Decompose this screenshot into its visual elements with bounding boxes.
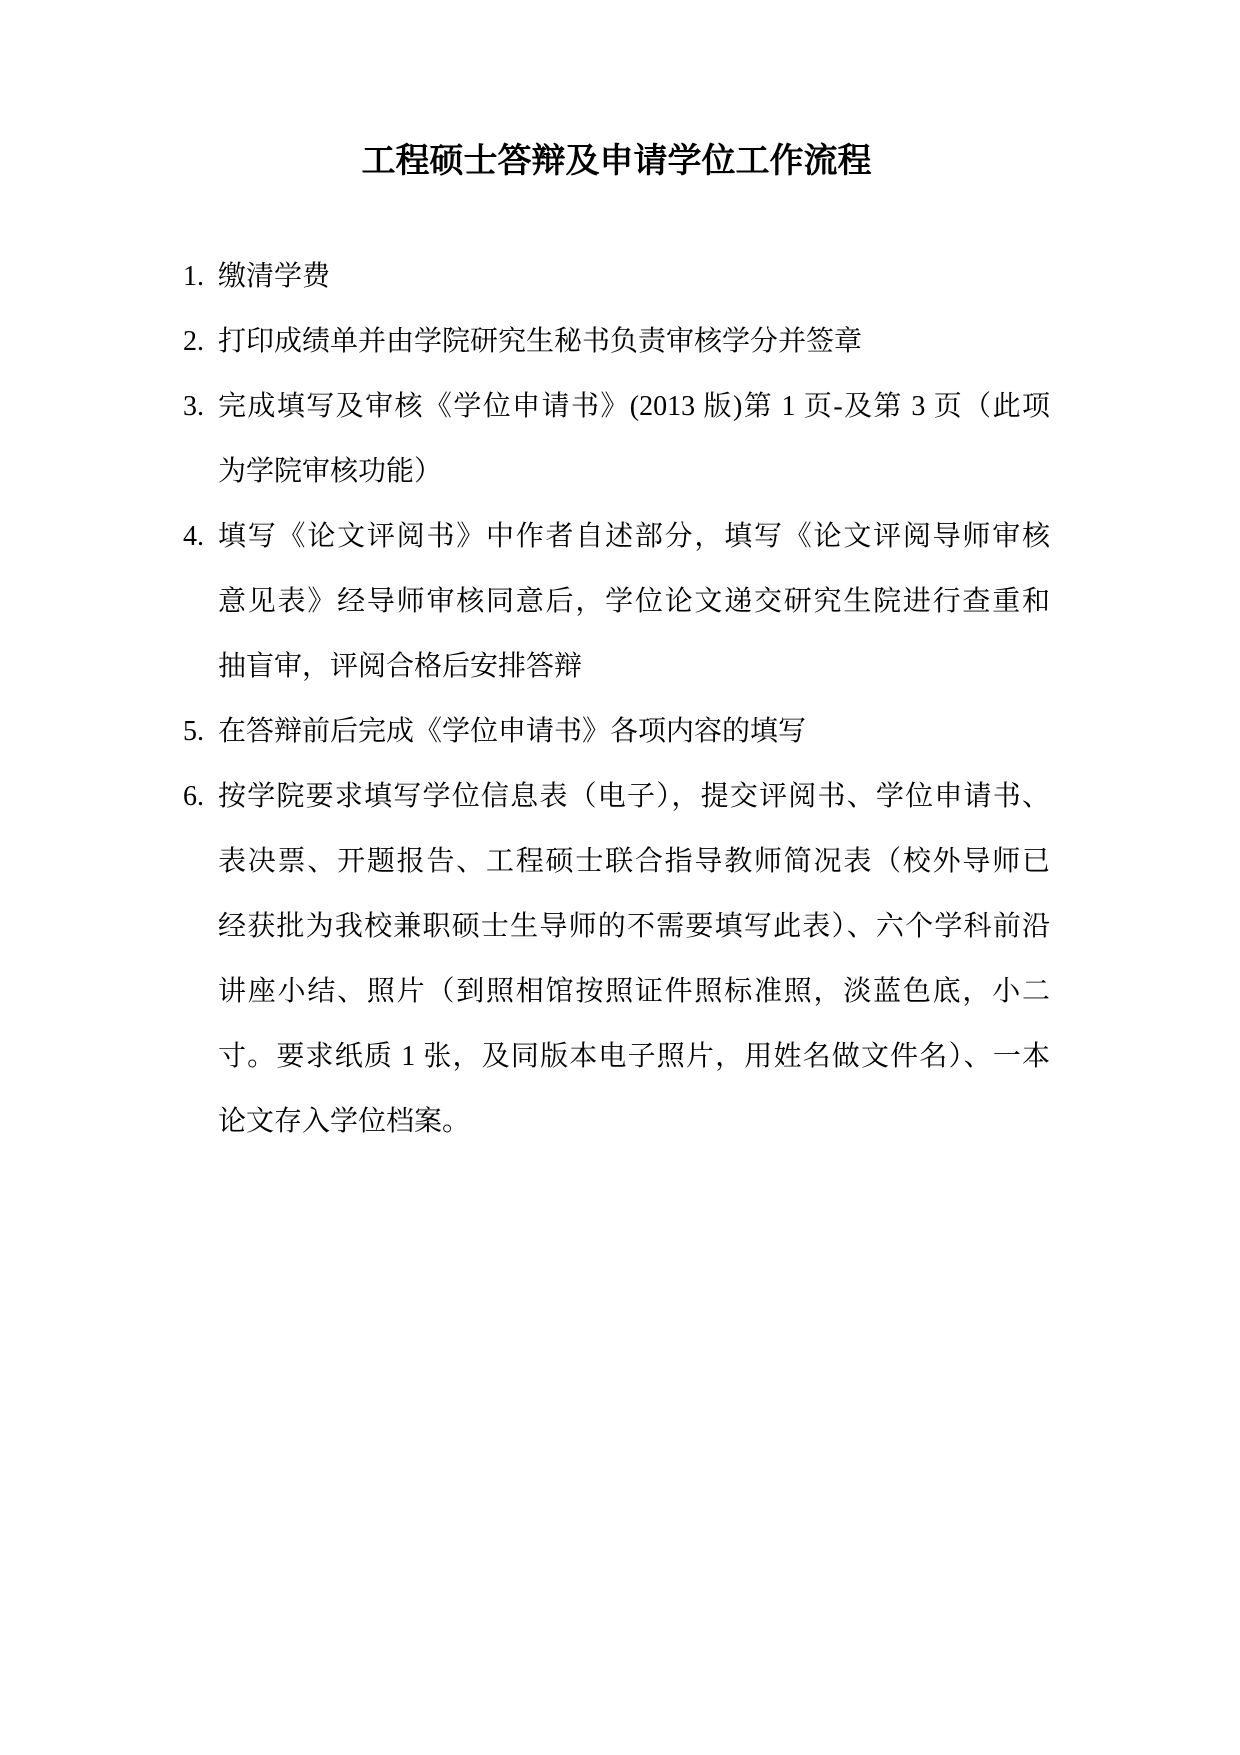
step-text-line: 意见表》经导师审核同意后，学位论文递交研究生院进行查重和 — [218, 569, 1050, 634]
step-text-line: 缴清学费 — [218, 244, 1050, 309]
step-text-line: 论文存入学位档案。 — [218, 1089, 1050, 1154]
step-text-line: 按学院要求填写学位信息表（电子），提交评阅书、学位申请书、 — [218, 764, 1050, 829]
step-text: 在答辩前后完成《学位申请书》各项内容的填写 — [218, 699, 1050, 764]
step-number: 2. — [183, 309, 218, 374]
step-item-5: 5. 在答辩前后完成《学位申请书》各项内容的填写 — [183, 699, 1050, 764]
step-text-line: 打印成绩单并由学院研究生秘书负责审核学分并签章 — [218, 309, 1050, 374]
document-page: 工程硕士答辩及申请学位工作流程 1. 缴清学费 2. 打印成绩单并由学院研究生秘… — [0, 0, 1240, 1755]
step-text-line: 经获批为我校兼职硕士生导师的不需要填写此表）、六个学科前沿 — [218, 894, 1050, 959]
step-number: 6. — [183, 764, 218, 1154]
step-text-line: 表决票、开题报告、工程硕士联合指导教师简况表（校外导师已 — [218, 829, 1050, 894]
step-text: 填写《论文评阅书》中作者自述部分，填写《论文评阅导师审核 意见表》经导师审核同意… — [218, 504, 1050, 699]
step-text-line: 填写《论文评阅书》中作者自述部分，填写《论文评阅导师审核 — [218, 504, 1050, 569]
step-number: 4. — [183, 504, 218, 699]
step-text: 缴清学费 — [218, 244, 1050, 309]
step-number: 3. — [183, 374, 218, 504]
step-text-line: 讲座小结、照片（到照相馆按照证件照标准照，淡蓝色底，小二 — [218, 959, 1050, 1024]
step-item-1: 1. 缴清学费 — [183, 244, 1050, 309]
step-text-line: 为学院审核功能） — [218, 439, 1050, 504]
step-item-4: 4. 填写《论文评阅书》中作者自述部分，填写《论文评阅导师审核 意见表》经导师审… — [183, 504, 1050, 699]
step-number: 5. — [183, 699, 218, 764]
step-text: 打印成绩单并由学院研究生秘书负责审核学分并签章 — [218, 309, 1050, 374]
step-text: 按学院要求填写学位信息表（电子），提交评阅书、学位申请书、 表决票、开题报告、工… — [218, 764, 1050, 1154]
step-item-3: 3. 完成填写及审核《学位申请书》(2013 版)第 1 页-及第 3 页（此项… — [183, 374, 1050, 504]
step-text-line: 在答辩前后完成《学位申请书》各项内容的填写 — [218, 699, 1050, 764]
step-text-line: 寸。要求纸质 1 张，及同版本电子照片，用姓名做文件名）、一本 — [218, 1024, 1050, 1089]
steps-list: 1. 缴清学费 2. 打印成绩单并由学院研究生秘书负责审核学分并签章 3. 完成… — [183, 244, 1050, 1154]
step-item-6: 6. 按学院要求填写学位信息表（电子），提交评阅书、学位申请书、 表决票、开题报… — [183, 764, 1050, 1154]
step-text-line: 完成填写及审核《学位申请书》(2013 版)第 1 页-及第 3 页（此项 — [218, 374, 1050, 439]
step-text-line: 抽盲审，评阅合格后安排答辩 — [218, 634, 1050, 699]
step-text: 完成填写及审核《学位申请书》(2013 版)第 1 页-及第 3 页（此项 为学… — [218, 374, 1050, 504]
step-number: 1. — [183, 244, 218, 309]
step-item-2: 2. 打印成绩单并由学院研究生秘书负责审核学分并签章 — [183, 309, 1050, 374]
page-title: 工程硕士答辩及申请学位工作流程 — [183, 0, 1050, 186]
